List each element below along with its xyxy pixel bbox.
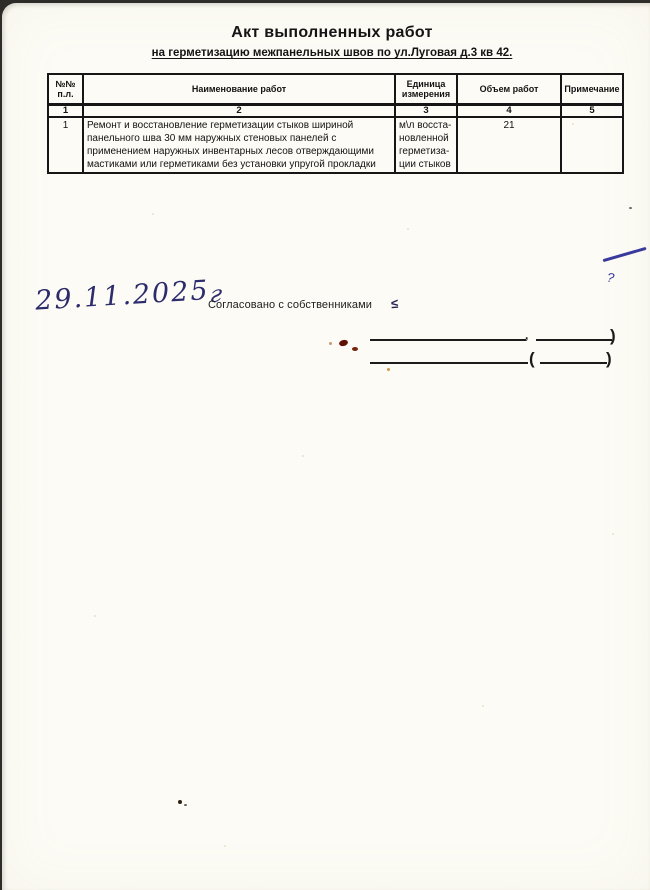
paren-open-1: , [525,328,528,342]
paper-speck [482,705,484,707]
rust-stain [352,347,358,351]
ink-speck [178,800,182,804]
column-number: 1 [48,105,83,118]
paper-speck [612,533,614,535]
blue-pen-stroke [603,247,647,262]
col-header-volume: Объем работ [457,74,561,105]
document-subtitle: на герметизацию межпанельных швов по ул.… [42,47,622,59]
scan-background: Акт выполненных работ на герметизацию ме… [0,0,650,890]
cell-note [561,117,623,173]
works-table: №№ п.л. Наименование работ Единица измер… [47,73,624,174]
paren-close-2: ) [606,349,612,369]
column-number: 5 [561,105,623,118]
col-header-note: Примечание [561,74,623,105]
paper-speck [407,228,409,230]
column-number: 3 [395,105,457,118]
name-line-1 [536,339,612,341]
handwritten-date: 29.11.2025г [34,274,222,316]
column-number: 2 [83,105,395,118]
col-header-work-name: Наименование работ [83,74,395,105]
blue-pen-hook-mark: ? [606,270,615,286]
name-line-2 [540,362,607,364]
cell-row-number: 1 [48,117,83,173]
column-number: 4 [457,105,561,118]
cell-volume: 21 [457,117,561,173]
document-title: Акт выполненных работ [42,24,622,42]
handwritten-date-value: 29.11.2025 [34,275,210,317]
col-header-row-number: №№ п.л. [48,74,83,105]
paren-open-2: ( [529,349,535,369]
column-number-row: 1 2 3 4 5 [48,105,623,118]
table-header-row: №№ п.л. Наименование работ Единица измер… [48,74,623,105]
paper-speck [94,615,96,617]
agreed-with-owners-label: Согласовано с собственниками [208,299,372,311]
paper-speck [152,213,154,215]
paper-speck [572,123,574,125]
paper-speck [302,455,304,457]
document-page: Акт выполненных работ на герметизацию ме… [2,3,650,890]
signature-line-1 [370,339,526,341]
table-row: 1 Ремонт и восстановление герметизации с… [48,117,623,173]
rust-stain [329,342,332,345]
paper-speck [224,845,226,847]
rust-stain [387,368,390,371]
handwritten-check-mark: ≤ [390,296,398,311]
rust-stain [338,339,348,347]
ink-speck [629,207,632,209]
cell-unit: м\л восста- новленной герметиза- ции сты… [395,117,457,173]
signature-line-2 [370,362,528,364]
col-header-unit: Единица измерения [395,74,457,105]
paren-close-1: ) [610,327,616,346]
cell-work-description: Ремонт и восстановление герметизации сты… [83,117,395,173]
ink-speck [184,804,187,806]
